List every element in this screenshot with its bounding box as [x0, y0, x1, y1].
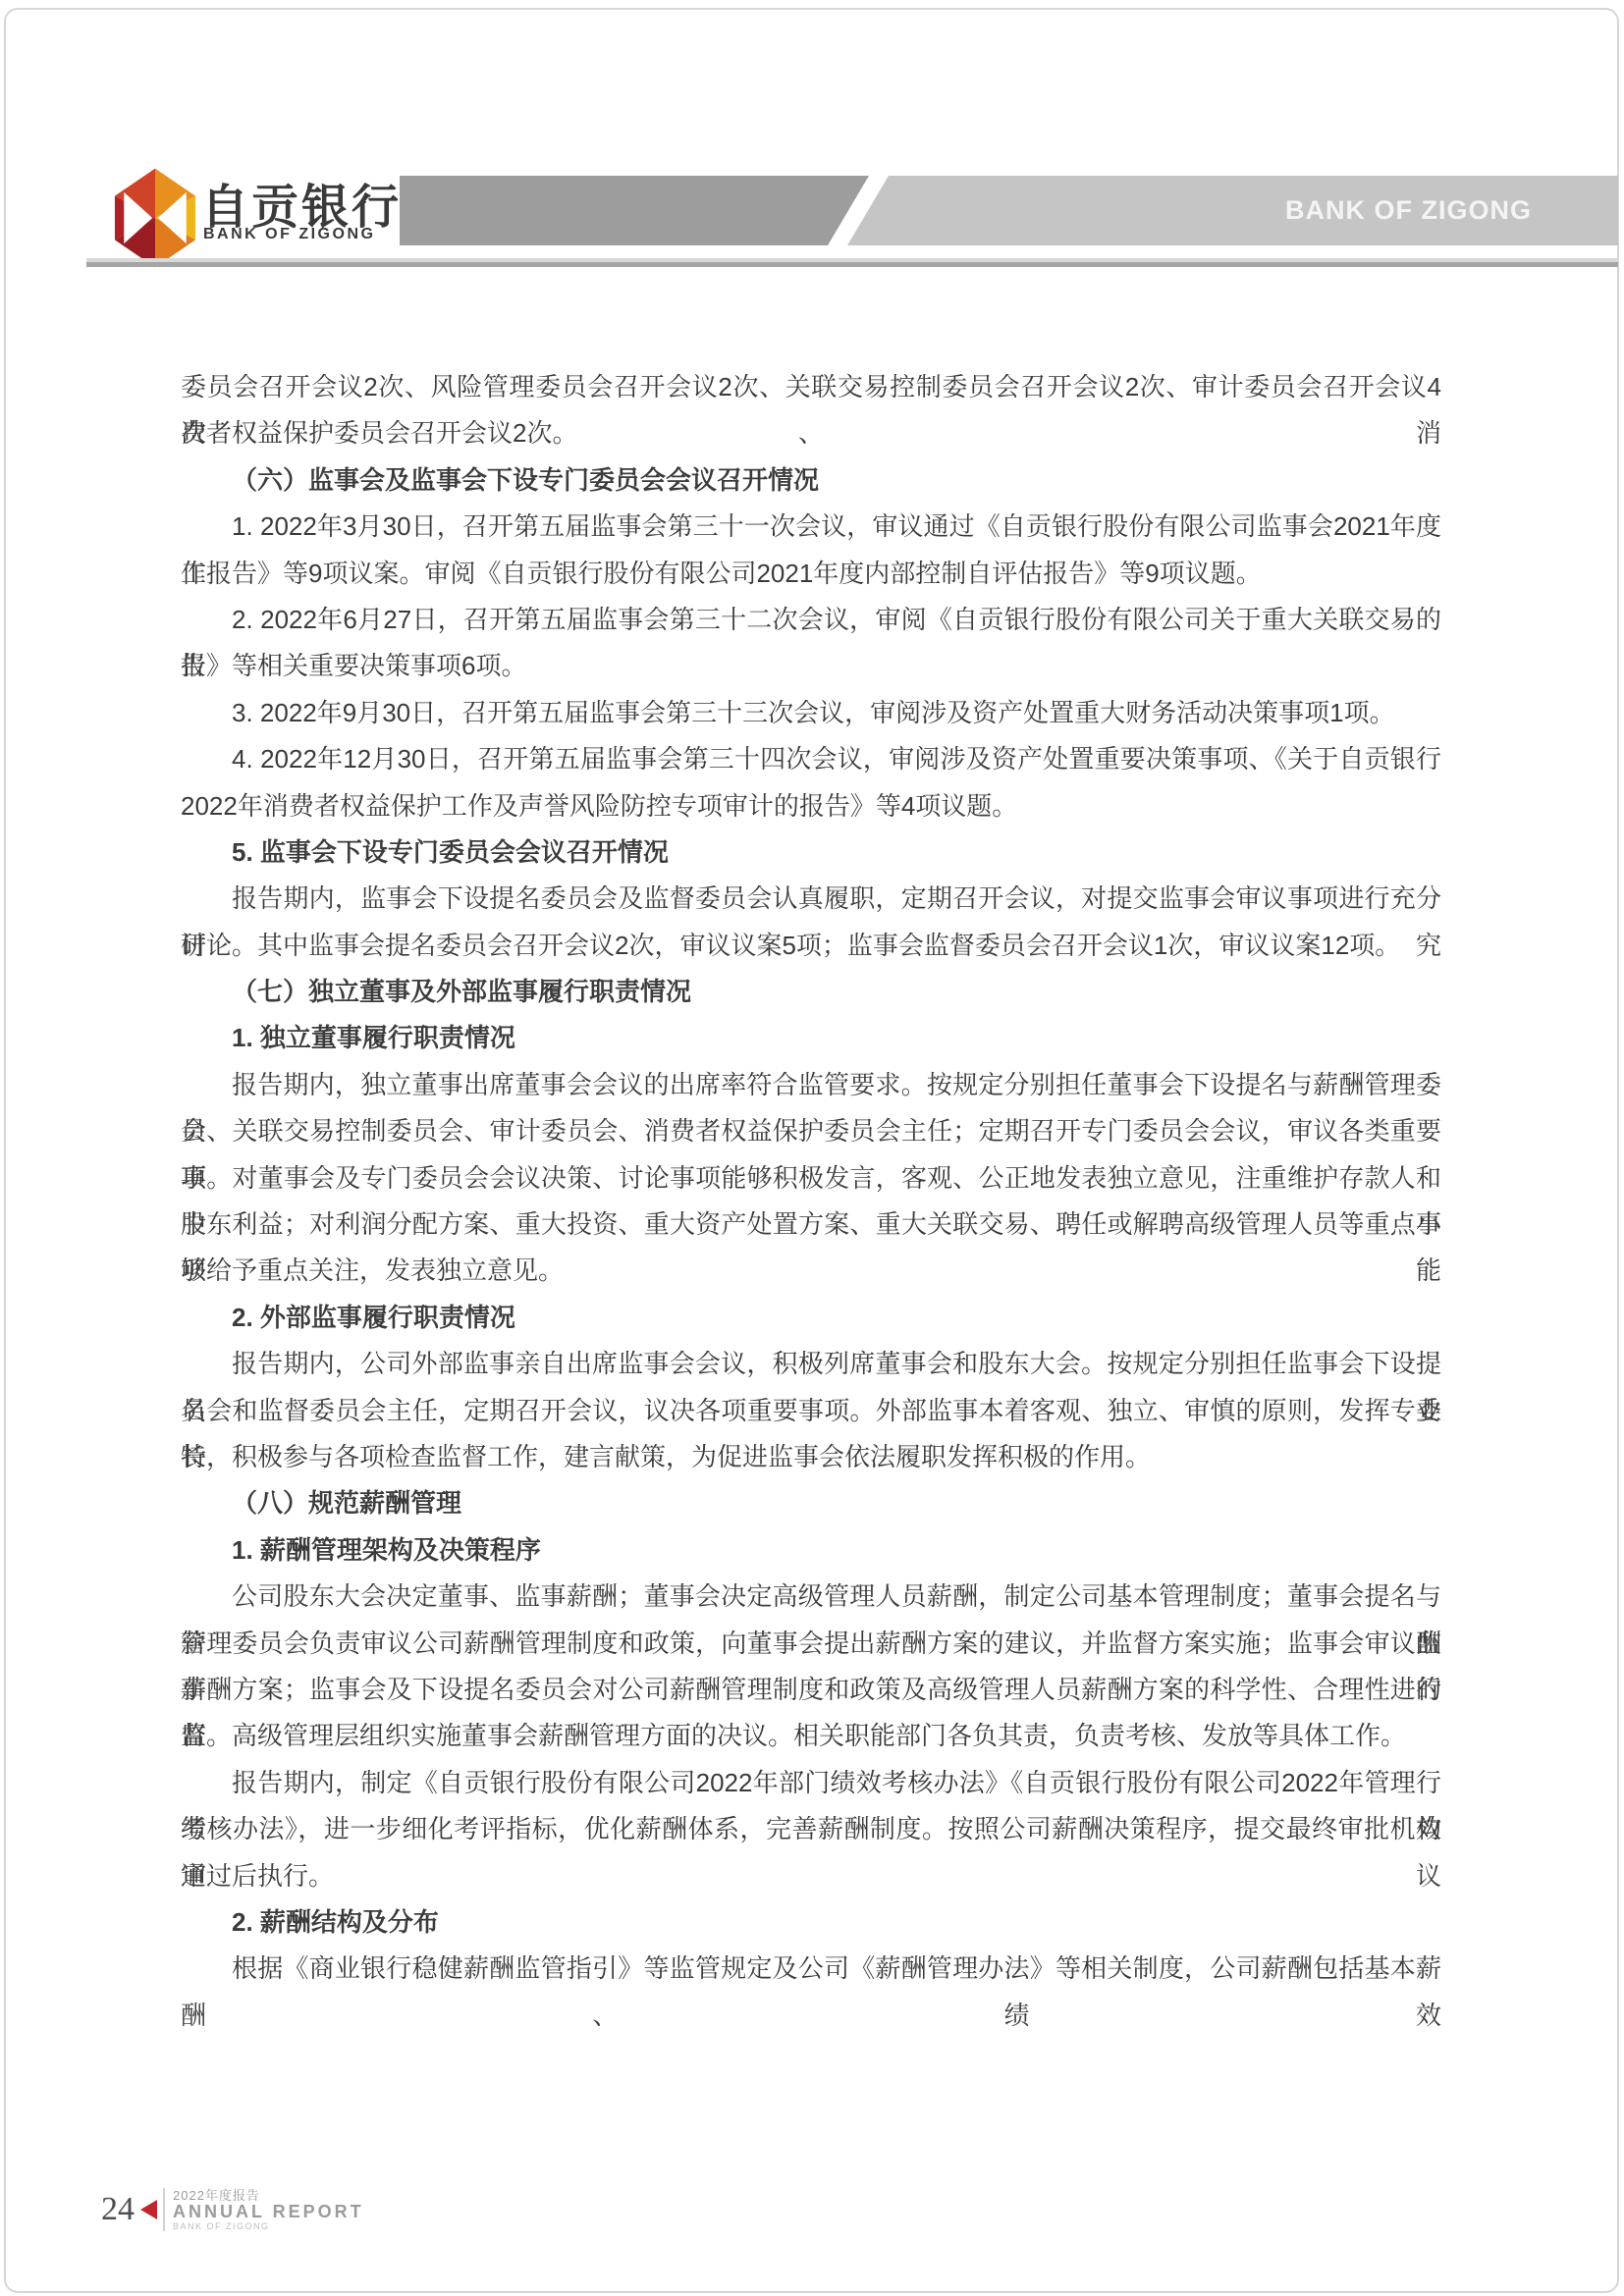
- footer-divider: [163, 2188, 165, 2231]
- paragraph-line: 项。对董事会及专门委员会会议决策、讨论事项能够积极发言，客观、公正地发表独立意见…: [181, 1155, 1441, 1201]
- paragraph-line: 薪酬方案；监事会及下设提名委员会对公司薪酬管理制度和政策及高级管理人员薪酬方案的…: [181, 1667, 1441, 1713]
- banner-bank-name: BANK OF ZIGONG: [1285, 176, 1532, 245]
- footer-bank-name: BANK OF ZIGONG: [173, 2221, 364, 2231]
- header-divider: [86, 258, 1618, 267]
- section-heading: （七）独立董事及外部监事履行职责情况: [181, 969, 1441, 1015]
- footer-report-title-cn: 2022年度报告: [173, 2189, 364, 2203]
- paragraph-line: 4. 2022年12月30日，召开第五届监事会第三十四次会议，审阅涉及资产处置重…: [181, 736, 1441, 782]
- paragraph-line: 告》等相关重要决策事项6项。: [181, 643, 1441, 689]
- paragraph-line: 员会和监督委员会主任，定期召开会议，议决各项重要事项。外部监事本着客观、独立、审…: [181, 1388, 1441, 1434]
- report-page: 自贡银行 BANK OF ZIGONG BANK OF ZIGONG 委员会召开…: [0, 0, 1624, 2296]
- footer-report-info: 2022年度报告 ANNUAL REPORT BANK OF ZIGONG: [173, 2189, 364, 2231]
- paragraph-line: 作报告》等9项议案。审阅《自贡银行股份有限公司2021年度内部控制自评估报告》等…: [181, 551, 1441, 597]
- paragraph-line: 考核办法》，进一步细化考评指标，优化薪酬体系，完善薪酬制度。按照公司薪酬决策程序…: [181, 1806, 1441, 1852]
- paragraph-line: 报告期内，独立董事出席董事会会议的出席率符合监管要求。按规定分别担任董事会下设提…: [181, 1062, 1441, 1108]
- section-heading: 2. 薪酬结构及分布: [181, 1899, 1441, 1946]
- document-body: 委员会召开会议2次、风险管理委员会召开会议2次、关联交易控制委员会召开会议2次、…: [181, 364, 1441, 1993]
- paragraph-line: 报告期内，制定《自贡银行股份有限公司2022年部门绩效考核办法》《自贡银行股份有…: [181, 1760, 1441, 1806]
- page-footer: 24 2022年度报告 ANNUAL REPORT BANK OF ZIGONG: [101, 2185, 364, 2234]
- paragraph-line: 报告期内，公司外部监事亲自出席监事会会议，积极列席董事会和股东大会。按规定分别担…: [181, 1341, 1441, 1387]
- footer-report-title-en: ANNUAL REPORT: [173, 2203, 364, 2221]
- section-heading: 2. 外部监事履行职责情况: [181, 1295, 1441, 1341]
- paragraph-line: 会、关联交易控制委员会、审计委员会、消费者权益保护委员会主任；定期召开专门委员会…: [181, 1108, 1441, 1154]
- paragraph-line: 管理委员会负责审议公司薪酬管理制度和政策，向董事会提出薪酬方案的建议，并监督方案…: [181, 1621, 1441, 1667]
- banner-dark-segment: [400, 176, 869, 245]
- header-banner: BANK OF ZIGONG: [0, 176, 1624, 245]
- paragraph-line: 讨论。其中监事会提名委员会召开会议2次，审议议案5项；监事会监督委员会召开会议1…: [181, 923, 1441, 969]
- paragraph-line: 公司股东大会决定董事、监事薪酬；董事会决定高级管理人员薪酬，制定公司基本管理制度…: [181, 1574, 1441, 1620]
- paragraph-line: 股东利益；对利润分配方案、重大投资、重大资产处置方案、重大关联交易、聘任或解聘高…: [181, 1201, 1441, 1248]
- section-heading: （六）监事会及监事会下设专门委员会会议召开情况: [181, 457, 1441, 504]
- paragraph-line: 2022年消费者权益保护工作及声誉风险防控专项审计的报告》等4项议题。: [181, 783, 1441, 829]
- paragraph-line: 1. 2022年3月30日，召开第五届监事会第三十一次会议，审议通过《自贡银行股…: [181, 504, 1441, 550]
- paragraph-line: 报告期内，监事会下设提名委员会及监督委员会认真履职，定期召开会议，对提交监事会审…: [181, 876, 1441, 922]
- section-heading: 1. 独立董事履行职责情况: [181, 1015, 1441, 1061]
- page-marker-triangle-icon: [140, 2200, 157, 2219]
- paragraph-line: 督。高级管理层组织实施董事会薪酬管理方面的决议。相关职能部门各负其责，负责考核、…: [181, 1713, 1441, 1759]
- banner-light-segment: BANK OF ZIGONG: [847, 176, 1618, 245]
- section-heading: 5. 监事会下设专门委员会会议召开情况: [181, 829, 1441, 876]
- page-number: 24: [101, 2185, 135, 2234]
- section-heading: （八）规范薪酬管理: [181, 1480, 1441, 1526]
- paragraph-line: 长，积极参与各项检查监督工作，建言献策，为促进监事会依法履职发挥积极的作用。: [181, 1434, 1441, 1480]
- paragraph-line: 委员会召开会议2次、风险管理委员会召开会议2次、关联交易控制委员会召开会议2次、…: [181, 364, 1441, 410]
- section-heading: 1. 薪酬管理架构及决策程序: [181, 1527, 1441, 1574]
- paragraph-line: 3. 2022年9月30日，召开第五届监事会第三十三次会议，审阅涉及资产处置重大…: [181, 690, 1441, 736]
- paragraph-line: 根据《商业银行稳健薪酬监管指引》等监管规定及公司《薪酬管理办法》等相关制度，公司…: [181, 1946, 1441, 1992]
- paragraph-line: 2. 2022年6月27日，召开第五届监事会第三十二次会议，审阅《自贡银行股份有…: [181, 597, 1441, 643]
